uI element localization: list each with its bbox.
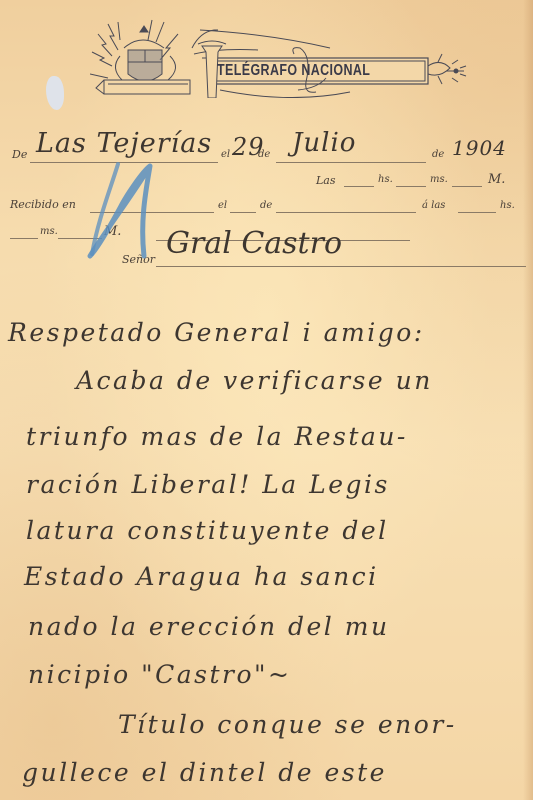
received-day-label: el <box>218 200 227 211</box>
coat-of-arms-icon <box>90 18 470 98</box>
time-prefix-label: Las <box>316 174 336 187</box>
received-hours-label: hs. <box>500 200 515 211</box>
received-day-line <box>230 212 256 213</box>
telegram-page: TELÉGRAFO NACIONAL De Las Tejerías el 29… <box>0 0 533 800</box>
meridiem-label: M. <box>488 172 505 187</box>
paper-damage-spot <box>46 76 64 110</box>
from-label: De <box>12 148 27 161</box>
minutes-line <box>396 186 426 187</box>
received-minutes-label: ms. <box>40 226 58 237</box>
message-line-6: Estado Aragua ha sanci <box>24 562 379 591</box>
month-value: Julio <box>292 128 356 158</box>
minutes-label: ms. <box>430 174 448 185</box>
message-line-5: latura constituyente del <box>26 516 389 545</box>
message-line-1: Respetado General i amigo: <box>8 318 425 347</box>
meridiem-line <box>452 186 482 187</box>
received-minutes-line <box>10 238 38 239</box>
message-line-4: ración Liberal! La Legis <box>26 470 390 499</box>
received-hours-line <box>458 212 496 213</box>
recipient-line <box>156 266 526 267</box>
message-line-2: Acaba de verificarse un <box>76 366 433 395</box>
day-label: el <box>221 149 230 160</box>
received-label: Recibido en <box>10 198 76 211</box>
month-line <box>276 162 426 163</box>
message-line-9: Título conque se enor- <box>118 710 457 739</box>
message-line-7: nado la erección del mu <box>28 612 390 641</box>
received-month-label: de <box>260 200 272 211</box>
hours-line <box>344 186 374 187</box>
from-place-value: Las Tejerías <box>36 128 212 159</box>
recipient-value: Gral Castro <box>166 226 342 261</box>
month-label: de <box>258 149 270 160</box>
year-label: de <box>432 149 444 160</box>
message-line-8: nicipio "Castro"~ <box>28 660 291 689</box>
message-line-3: triunfo mas de la Restau- <box>26 422 408 451</box>
letterhead: TELÉGRAFO NACIONAL <box>90 18 470 98</box>
message-line-10: gullece el dintel de este <box>22 758 387 787</box>
year-value: 1904 <box>452 136 507 160</box>
received-time-label: á las <box>422 200 445 211</box>
hours-label: hs. <box>378 174 393 185</box>
letterhead-title: TELÉGRAFO NACIONAL <box>217 60 370 82</box>
received-month-line <box>276 212 416 213</box>
blue-pencil-a-mark <box>86 160 166 260</box>
